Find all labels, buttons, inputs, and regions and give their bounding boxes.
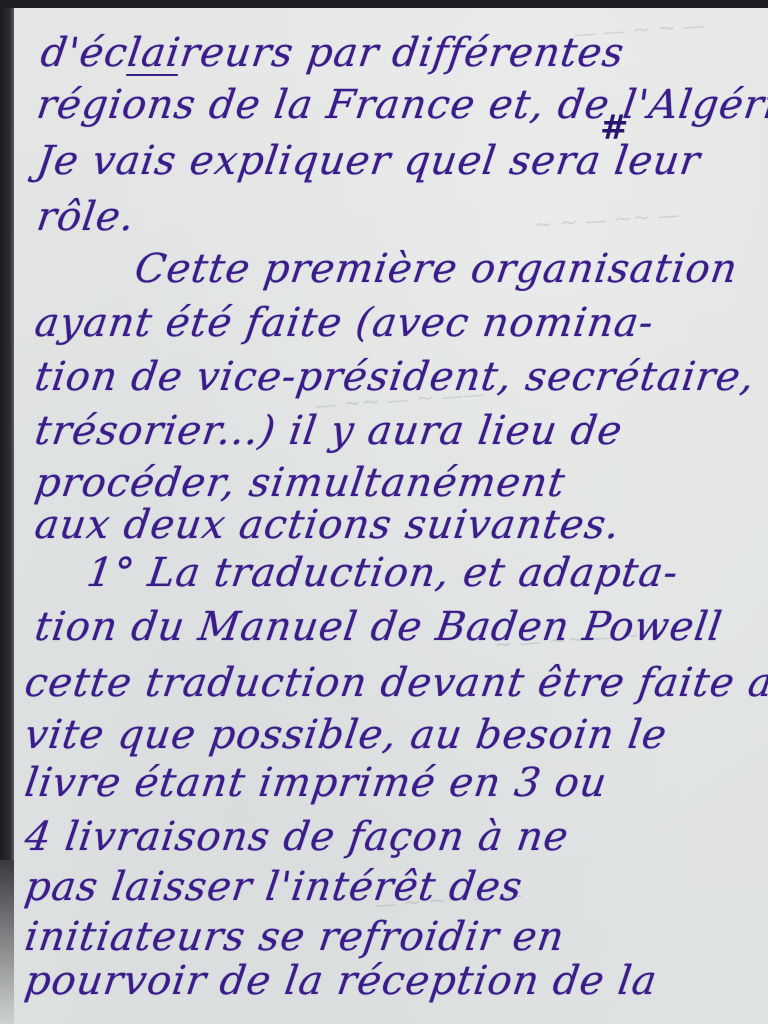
scanned-page: — — ~ ~ — ~ ~ — ~~ — — ~~ — ~ —— ~ — ~~ … (0, 0, 768, 1024)
strikethrough-mark: # (600, 108, 629, 148)
text-line: tion de vice-président, secrétaire, (32, 354, 758, 400)
text-line: pas laisser l'intérêt des (22, 864, 526, 910)
paper-sheet: — — ~ ~ — ~ ~ — ~~ — — ~~ — ~ —— ~ — ~~ … (14, 8, 768, 1024)
text-line: cette traduction devant être faite aussi (22, 660, 768, 706)
text-line: 1° La traduction, et adapta- (84, 550, 682, 596)
text-line: rôle. (34, 194, 138, 240)
text-line: aux deux actions suivantes. (32, 502, 623, 548)
scan-edge-shadow (0, 8, 14, 908)
text-line: pourvoir de la réception de la (22, 958, 660, 1004)
underline-mark (126, 74, 178, 76)
text-line: Cette première organisation (132, 246, 741, 292)
scan-edge-fade (0, 860, 14, 1024)
handwritten-text: d'éclaireurs par différentes régions de … (14, 8, 768, 1024)
text-line: 4 livraisons de façon à ne (22, 814, 572, 860)
text-line: initiateurs se refroidir en (22, 914, 568, 960)
text-line: d'éclaireurs par différentes (38, 30, 627, 76)
text-line: trésorier...) il y aura lieu de (32, 408, 626, 454)
text-line: ayant été faite (avec nomina- (32, 300, 657, 346)
text-line: régions de la France et, de l'Algérie (34, 82, 768, 128)
text-line: livre étant imprimé en 3 ou (22, 760, 610, 806)
text-line: vite que possible, au besoin le (22, 712, 670, 758)
text-line: tion du Manuel de Baden Powell (32, 604, 725, 650)
text-line: procéder, simultanément (32, 460, 568, 506)
